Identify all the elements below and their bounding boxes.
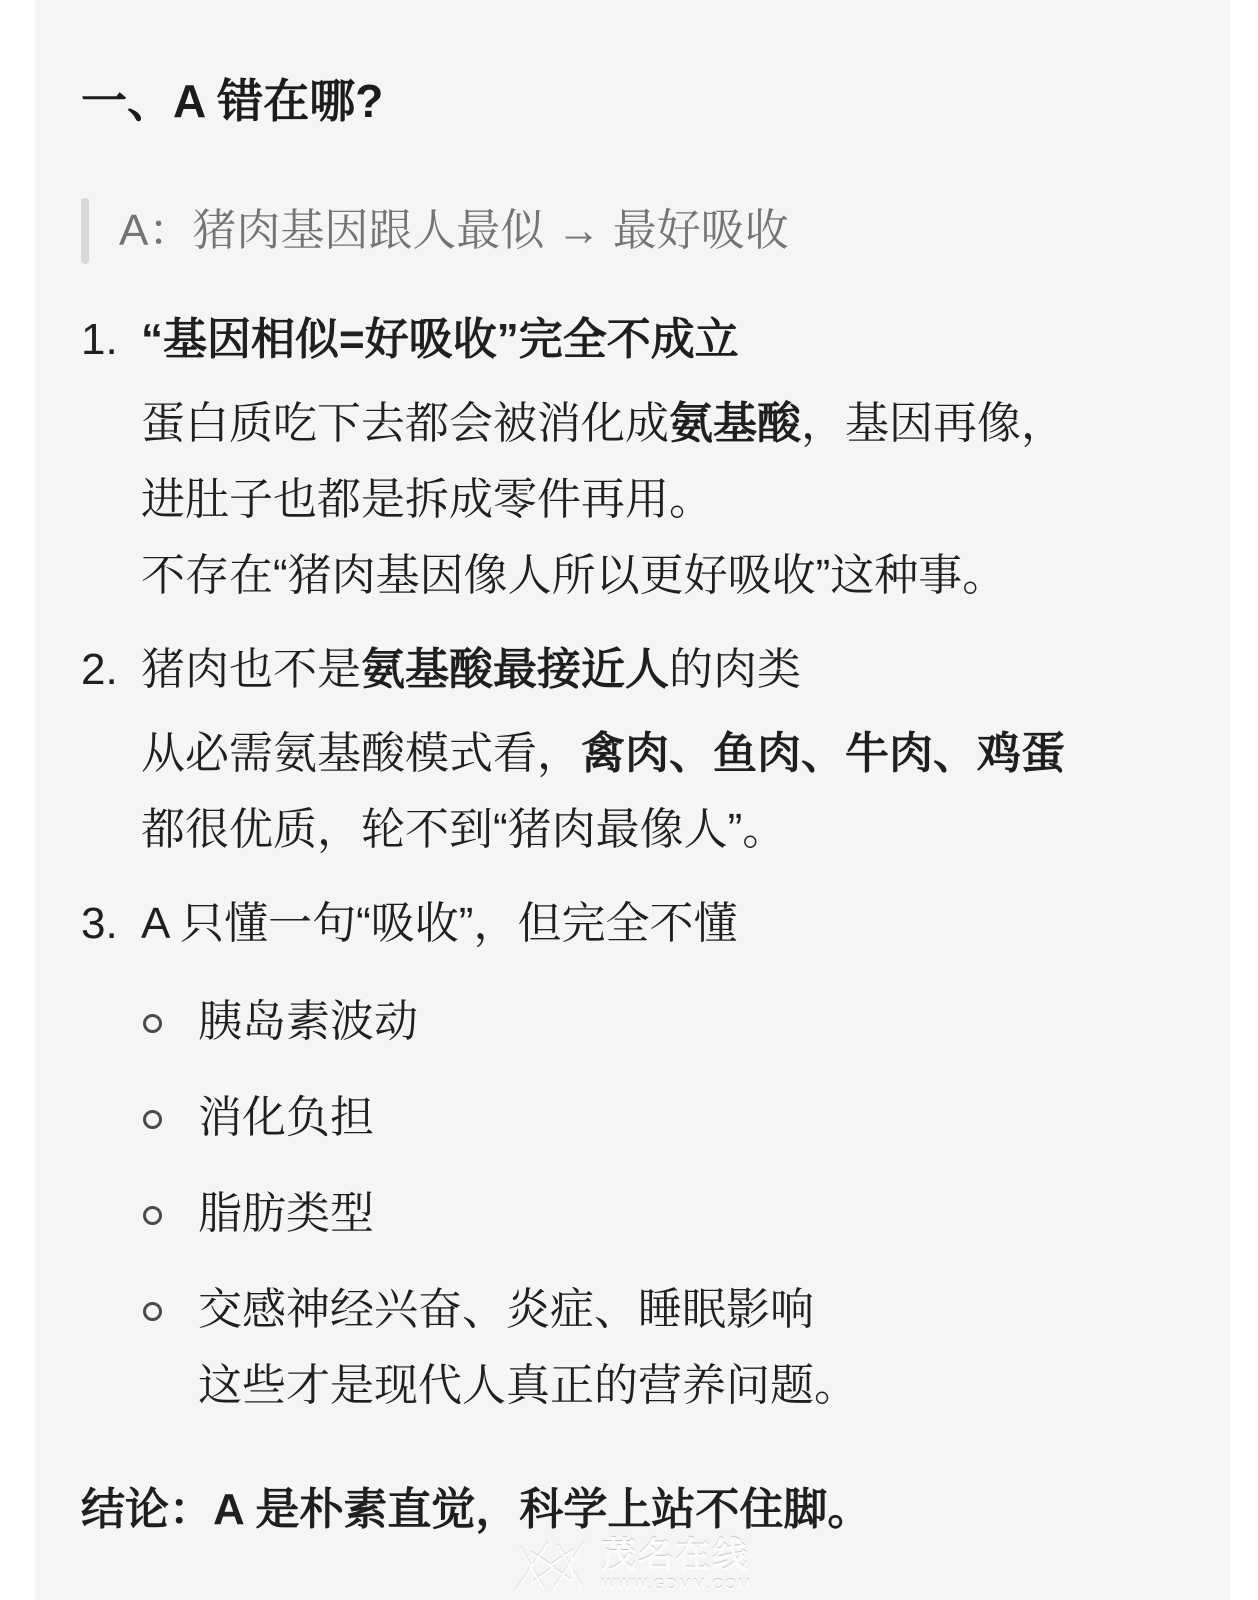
list-item-body: “基因相似=好吸收”完全不成立 蛋白质吃下去都会被消化成氨基酸，基因再像， 进肚… <box>141 302 1180 614</box>
bullet-item: 交感神经兴奋、炎症、睡眠影响 这些才是现代人真正的营养问题。 <box>141 1272 1180 1424</box>
paragraph-line: 从必需氨基酸模式看，禽肉、鱼肉、牛肉、鸡蛋 <box>141 716 1180 792</box>
list-item-heading: A 只懂一句“吸收”，但完全不懂 <box>141 886 1180 962</box>
circle-bullet-icon <box>143 1014 162 1033</box>
bullet-text: 脂肪类型 <box>198 1176 374 1252</box>
blockquote-text: A：猪肉基因跟人最似 → 最好吸收 <box>119 198 789 264</box>
list-item-number: 2. <box>81 632 141 708</box>
ordered-list: 1. “基因相似=好吸收”完全不成立 蛋白质吃下去都会被消化成氨基酸，基因再像，… <box>81 302 1180 1424</box>
list-item-heading: 猪肉也不是氨基酸最接近人的肉类 <box>141 632 1180 708</box>
blockquote: A：猪肉基因跟人最似 → 最好吸收 <box>81 198 1180 264</box>
list-item-number: 3. <box>81 886 141 962</box>
bullet-list: 胰岛素波动 消化负担 脂肪类型 <box>141 984 1180 1424</box>
bullet-text: 这些才是现代人真正的营养问题。 <box>198 1348 858 1424</box>
blockquote-bar <box>81 198 89 264</box>
circle-bullet-icon <box>143 1110 162 1129</box>
paragraph-line: 不存在“猪肉基因像人所以更好吸收”这种事。 <box>141 538 1180 614</box>
page-title: 一、A 错在哪? <box>81 72 1180 130</box>
list-item-2: 2. 猪肉也不是氨基酸最接近人的肉类 从必需氨基酸模式看，禽肉、鱼肉、牛肉、鸡蛋… <box>81 632 1180 868</box>
bullet-item: 胰岛素波动 <box>141 984 1180 1060</box>
list-item-heading: “基因相似=好吸收”完全不成立 <box>141 302 1180 378</box>
article-page: 一、A 错在哪? A：猪肉基因跟人最似 → 最好吸收 1. “基因相似=好吸收”… <box>35 0 1230 1600</box>
list-item-3: 3. A 只懂一句“吸收”，但完全不懂 胰岛素波动 消 <box>81 886 1180 1424</box>
bullet-text: 交感神经兴奋、炎症、睡眠影响 <box>198 1272 858 1348</box>
watermark-logo-icon <box>513 1539 585 1593</box>
list-item-body: 猪肉也不是氨基酸最接近人的肉类 从必需氨基酸模式看，禽肉、鱼肉、牛肉、鸡蛋 都很… <box>141 632 1180 868</box>
circle-bullet-icon <box>143 1302 162 1321</box>
bullet-text: 胰岛素波动 <box>198 984 418 1060</box>
paragraph-line: 都很优质，轮不到“猪肉最像人”。 <box>141 792 1180 868</box>
list-item-number: 1. <box>81 302 141 378</box>
list-item-1: 1. “基因相似=好吸收”完全不成立 蛋白质吃下去都会被消化成氨基酸，基因再像，… <box>81 302 1180 614</box>
watermark-site-url: WWW.GDMM.COM <box>601 1576 751 1594</box>
paragraph-line: 进肚子也都是拆成零件再用。 <box>141 462 1180 538</box>
watermark-site-name: 茂名在线 <box>601 1538 749 1574</box>
bullet-item: 消化负担 <box>141 1080 1180 1156</box>
list-item-body: A 只懂一句“吸收”，但完全不懂 胰岛素波动 消化负担 <box>141 886 1180 1424</box>
bullet-item: 脂肪类型 <box>141 1176 1180 1252</box>
paragraph-line: 蛋白质吃下去都会被消化成氨基酸，基因再像， <box>141 386 1180 462</box>
circle-bullet-icon <box>143 1206 162 1225</box>
watermark: 茂名在线 WWW.GDMM.COM <box>513 1538 751 1594</box>
bullet-text: 消化负担 <box>198 1080 374 1156</box>
